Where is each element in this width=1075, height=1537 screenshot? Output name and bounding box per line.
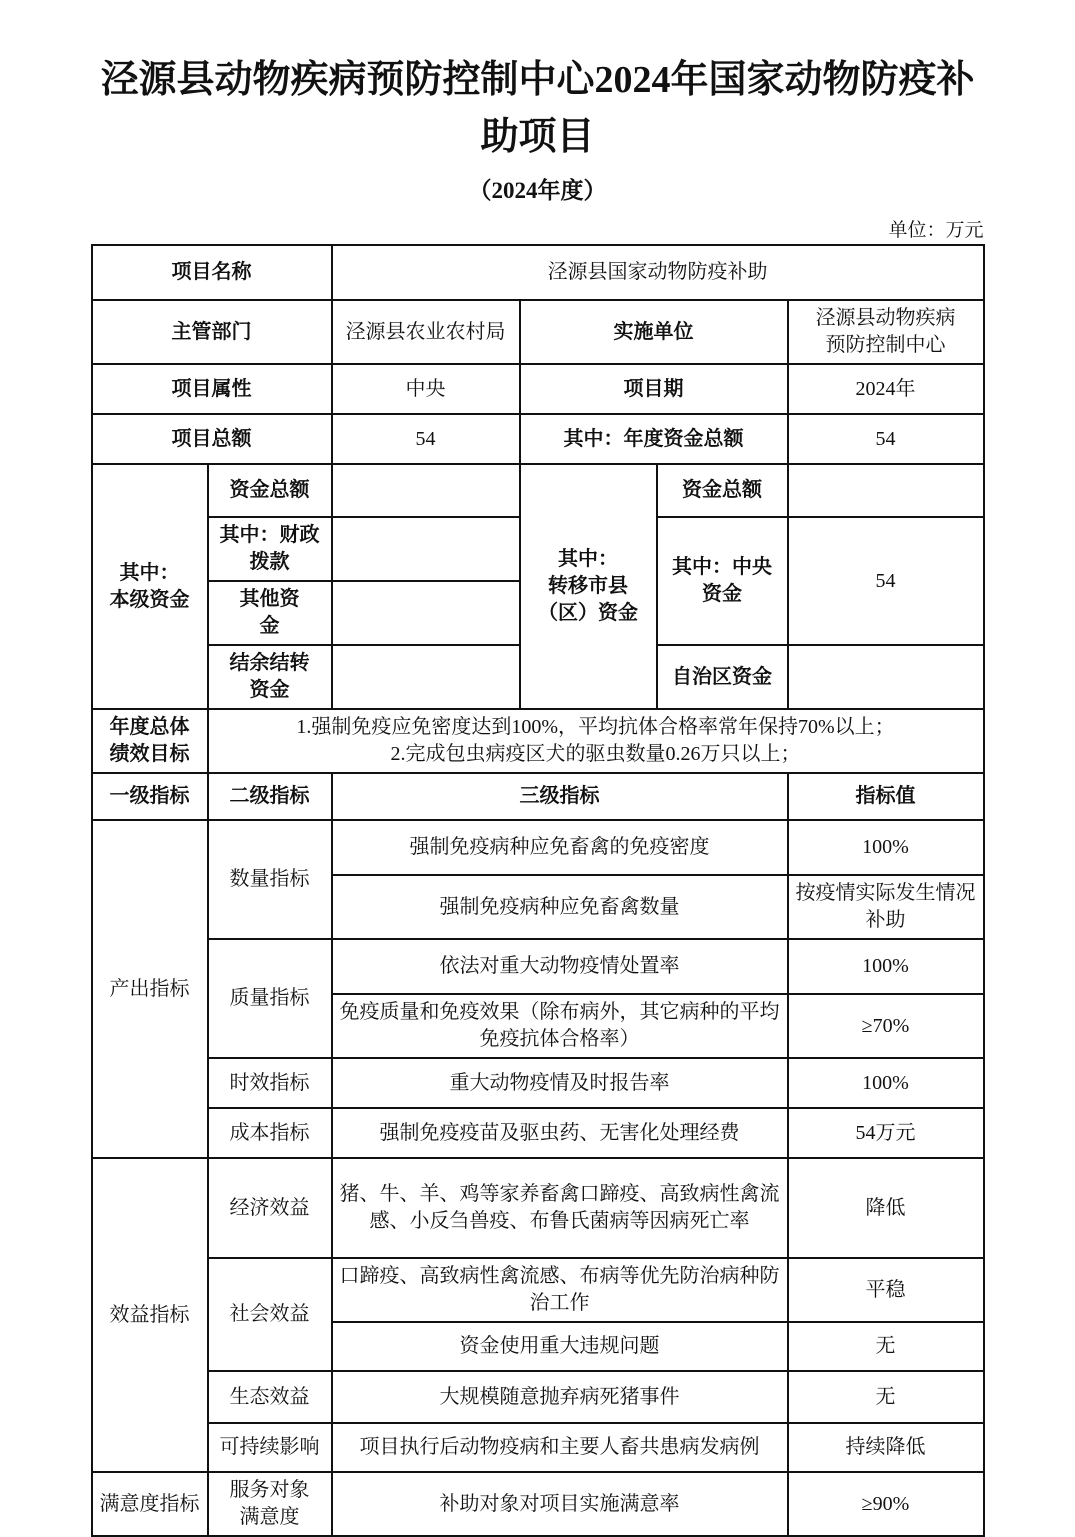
social-item2-value: 无	[788, 1322, 984, 1371]
ecological-item-l3: 大规模随意抛弃病死猪事件	[332, 1371, 788, 1423]
social-benefit-label: 社会效益	[208, 1258, 332, 1371]
header-level1-indicator: 一级指标	[92, 773, 208, 820]
sustainability-item-l3: 项目执行后动物疫病和主要人畜共患病发病例	[332, 1423, 788, 1472]
quality-indicator-label: 质量指标	[208, 939, 332, 1058]
transfer-fund-total-label: 资金总额	[657, 464, 788, 517]
annual-fund-total-value: 54	[788, 414, 984, 464]
ecological-item-value: 无	[788, 1371, 984, 1423]
fiscal-alloc-label: 其中：财政 拨款	[208, 517, 332, 581]
page-subtitle: （2024年度）	[0, 172, 1075, 205]
local-fund-total-label: 资金总额	[208, 464, 332, 517]
header-level3-indicator: 三级指标	[332, 773, 788, 820]
project-name-value: 泾源县国家动物防疫补助	[332, 245, 984, 300]
document-page: 泾源县动物疾病预防控制中心2024年国家动物防疫补助项目 （2024年度） 单位…	[0, 0, 1075, 1537]
economic-item-l3: 猪、牛、羊、鸡等家养畜禽口蹄疫、高致病性禽流感、小反刍兽疫、布鲁氏菌病等因病死亡…	[332, 1158, 788, 1258]
project-name-label: 项目名称	[92, 245, 332, 300]
competent-dept-label: 主管部门	[92, 300, 332, 364]
satisfaction-item-l3: 补助对象对项目实施满意率	[332, 1472, 788, 1536]
quantity-item1-value: 100%	[788, 820, 984, 875]
annual-fund-total-label: 其中：年度资金总额	[520, 414, 788, 464]
project-total-label: 项目总额	[92, 414, 332, 464]
annual-goals-text: 1.强制免疫应免密度达到100%，平均抗体合格率常年保持70%以上； 2.完成包…	[208, 709, 984, 773]
region-fund-value	[788, 645, 984, 709]
carryover-fund-value	[332, 645, 520, 709]
header-level2-indicator: 二级指标	[208, 773, 332, 820]
annual-goals-label: 年度总体 绩效目标	[92, 709, 208, 773]
cost-indicator-label: 成本指标	[208, 1108, 332, 1158]
economic-item-value: 降低	[788, 1158, 984, 1258]
fiscal-alloc-value	[332, 517, 520, 581]
region-fund-label: 自治区资金	[657, 645, 788, 709]
ecological-benefit-label: 生态效益	[208, 1371, 332, 1423]
project-attr-label: 项目属性	[92, 364, 332, 414]
satisfaction-indicator-label: 满意度指标	[92, 1472, 208, 1536]
quantity-item2-l3: 强制免疫病种应免畜禽数量	[332, 875, 788, 939]
other-fund-label: 其他资 金	[208, 581, 332, 645]
output-indicator-label: 产出指标	[92, 820, 208, 1158]
timeliness-item-value: 100%	[788, 1058, 984, 1108]
central-fund-value: 54	[788, 517, 984, 645]
quality-item2-l3: 免疫质量和免疫效果（除布病外，其它病种的平均免疫抗体合格率）	[332, 994, 788, 1058]
social-item1-value: 平稳	[788, 1258, 984, 1322]
transfer-fund-label: 其中： 转移市县 （区）资金	[520, 464, 657, 709]
quality-item1-l3: 依法对重大动物疫情处置率	[332, 939, 788, 994]
unit-note: 单位：万元	[92, 215, 984, 242]
sustainability-item-value: 持续降低	[788, 1423, 984, 1472]
quantity-item1-l3: 强制免疫病种应免畜禽的免疫密度	[332, 820, 788, 875]
project-period-label: 项目期	[520, 364, 788, 414]
project-period-value: 2024年	[788, 364, 984, 414]
central-fund-label: 其中：中央 资金	[657, 517, 788, 645]
quantity-indicator-label: 数量指标	[208, 820, 332, 939]
social-item1-l3: 口蹄疫、高致病性禽流感、布病等优先防治病种防治工作	[332, 1258, 788, 1322]
service-target-satisfaction-label: 服务对象 满意度	[208, 1472, 332, 1536]
quantity-item2-value: 按疫情实际发生情况补助	[788, 875, 984, 939]
satisfaction-item-value: ≥90%	[788, 1472, 984, 1536]
impl-unit-label: 实施单位	[520, 300, 788, 364]
quality-item2-value: ≥70%	[788, 994, 984, 1058]
quality-item1-value: 100%	[788, 939, 984, 994]
performance-target-table: 项目名称 泾源县国家动物防疫补助 主管部门 泾源县农业农村局 实施单位 泾源县动…	[91, 244, 985, 1537]
competent-dept-value: 泾源县农业农村局	[332, 300, 520, 364]
cost-item-l3: 强制免疫疫苗及驱虫药、无害化处理经费	[332, 1108, 788, 1158]
timeliness-indicator-label: 时效指标	[208, 1058, 332, 1108]
sustainability-label: 可持续影响	[208, 1423, 332, 1472]
economic-benefit-label: 经济效益	[208, 1158, 332, 1258]
impl-unit-value: 泾源县动物疾病 预防控制中心	[788, 300, 984, 364]
local-fund-label: 其中： 本级资金	[92, 464, 208, 709]
social-item2-l3: 资金使用重大违规问题	[332, 1322, 788, 1371]
header-indicator-value: 指标值	[788, 773, 984, 820]
timeliness-item-l3: 重大动物疫情及时报告率	[332, 1058, 788, 1108]
local-fund-total-value	[332, 464, 520, 517]
project-attr-value: 中央	[332, 364, 520, 414]
other-fund-value	[332, 581, 520, 645]
cost-item-value: 54万元	[788, 1108, 984, 1158]
page-title: 泾源县动物疾病预防控制中心2024年国家动物防疫补助项目	[83, 52, 993, 166]
benefit-indicator-label: 效益指标	[92, 1158, 208, 1472]
project-total-value: 54	[332, 414, 520, 464]
transfer-fund-total-value	[788, 464, 984, 517]
carryover-fund-label: 结余结转 资金	[208, 645, 332, 709]
